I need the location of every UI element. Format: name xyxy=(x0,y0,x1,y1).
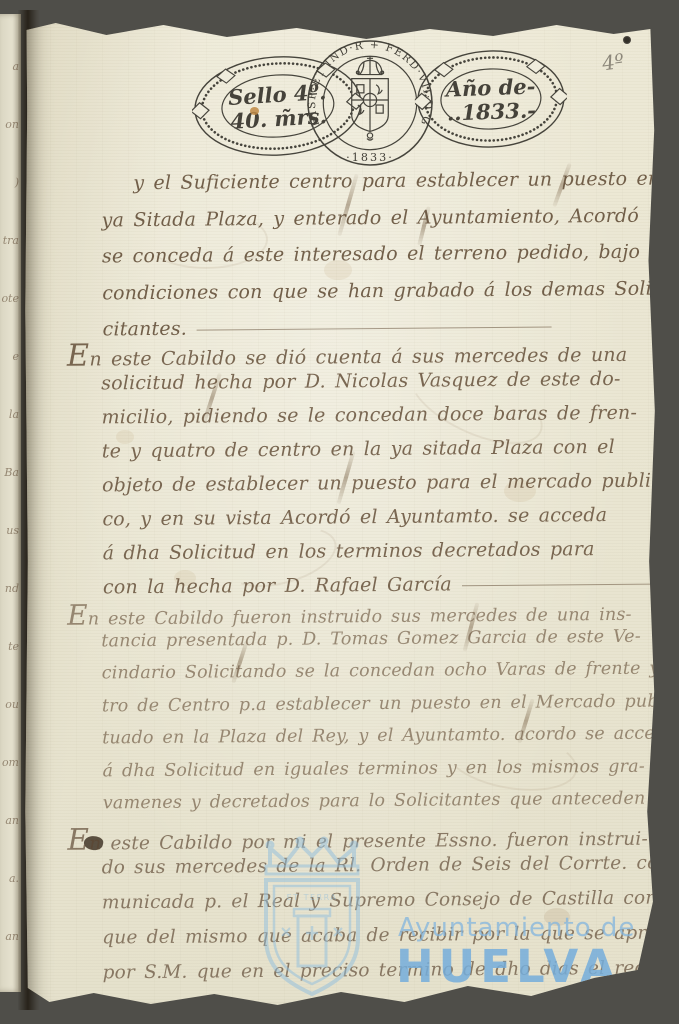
manuscript-line: se conceda á este interesado el terreno … xyxy=(102,241,658,282)
crown-icon xyxy=(270,844,354,866)
manuscript-paragraph: y el Suficiente centro para establecer u… xyxy=(101,168,659,355)
manuscript-line: á dha Solicitud en los terminos decretad… xyxy=(103,538,659,577)
margin-fragment: om xyxy=(2,756,19,769)
watermark-text-line2: HUELVA xyxy=(396,940,620,993)
manuscript-line: En este Cabildo por mi el presente Essno… xyxy=(101,818,657,858)
shield-motto: ET TERRA xyxy=(287,893,338,902)
document-page: Sello 4º. 40. m̃rs. HISP·ET IND·R + FERD… xyxy=(24,10,658,1012)
manuscript-line: condiciones con que se han grabado á los… xyxy=(102,277,658,318)
margin-fragment: an xyxy=(5,930,19,943)
manuscript-paragraph: En este Cabildo se dió cuenta á sus merc… xyxy=(101,334,659,611)
crown-icon xyxy=(356,56,383,74)
watermark-text-line1: Ayuntamiento de xyxy=(398,913,635,943)
margin-fragment: nd xyxy=(5,582,19,595)
diamond-ornament xyxy=(191,102,210,119)
seal-year: ·1833· xyxy=(346,151,394,164)
manuscript-line: En este Cabildo se dió cuenta á sus merc… xyxy=(101,334,657,373)
manuscript-line: tro de Centro p.a establecer un puesto e… xyxy=(102,691,658,728)
manuscript-line: do sus mercedes de la Rl. Orden de Seis … xyxy=(102,853,658,893)
manuscript-line: objeto de establecer un puesto para el m… xyxy=(102,470,658,509)
tax-stamp-year-graphic: Año de- ..1833.- xyxy=(413,45,569,153)
manuscript-line: En este Cabildo fueron instruido sus mer… xyxy=(101,594,657,631)
margin-fragment: an xyxy=(5,814,19,827)
ink-stain xyxy=(250,107,259,115)
manuscript-line: tuado en la Plaza del Rey, y el Ayuntamt… xyxy=(102,724,658,761)
diamond-ornament xyxy=(551,88,569,105)
diamond-ornament xyxy=(413,93,431,110)
margin-fragment: tra xyxy=(3,234,19,247)
manuscript-line: co, y en su vista Acordó el Ayuntamto. s… xyxy=(102,504,658,543)
manuscript-line: micilio, pidiendo se le concedan doce ba… xyxy=(101,402,657,441)
pomegranate xyxy=(367,133,372,138)
margin-fragment: on xyxy=(5,118,19,131)
paper-hole xyxy=(623,36,631,44)
margin-fragment: ote xyxy=(1,292,19,305)
diamond-ornament xyxy=(217,69,236,84)
scan-background: { "document": { "folio_number": "4º", "s… xyxy=(0,0,679,1024)
manuscript-line: y el Suficiente centro para establecer u… xyxy=(101,168,657,209)
quartered-shield xyxy=(352,79,389,140)
huelva-shield-graphic: ET TERRA xyxy=(252,836,372,1008)
tax-stamp-year: Año de- ..1833.- xyxy=(413,45,569,157)
manuscript-line: solicitud hecha por D. Nicolas Vasquez d… xyxy=(101,368,657,407)
manuscript-line: ya Sitada Plaza, y enterado el Ayuntamie… xyxy=(102,204,658,245)
manuscript-line: á dha Solicitud en iguales terminos y en… xyxy=(102,756,658,793)
margin-fragment: Ba xyxy=(4,466,19,479)
manuscript-paragraph: En este Cabildo fueron instruido sus mer… xyxy=(101,594,659,826)
huelva-coat-of-arms-watermark: ET TERRA xyxy=(252,836,372,1012)
margin-fragment: ou xyxy=(5,698,19,711)
manuscript-line: te y quatro de centro en la ya sitada Pl… xyxy=(102,436,658,475)
folio-number: 4º xyxy=(600,49,625,76)
anno-line2: ..1833.- xyxy=(446,97,536,125)
manuscript-line: tancia presentada p. D. Tomas Gomez Garc… xyxy=(101,626,657,663)
manuscript-line: cindario Solicitando se la concedan ocho… xyxy=(102,659,658,696)
